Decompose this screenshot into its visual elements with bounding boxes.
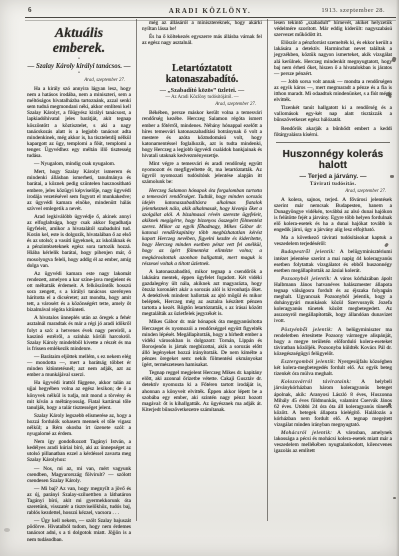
- paragraph: Tizenkét tanút hallgatott ki a rendőrség…: [274, 105, 392, 123]
- article-title: Huszonnégy kolerás halott: [274, 149, 392, 171]
- report-lead: Pozsonyból jelentik:: [281, 276, 331, 282]
- paragraph: Ma a következő távirati tudósításokat ka…: [274, 235, 392, 247]
- article-title: Aktuális emberek.: [27, 26, 131, 56]
- dialog-line: — Úgy kell nekem, — szólt Szalay bajuszá…: [27, 518, 131, 542]
- paragraph: még az állásáról a minisztereknek, hogy …: [142, 20, 262, 32]
- scan-smudge: [4, 528, 10, 532]
- page-number: 6: [28, 6, 32, 14]
- paragraph: Ha a király szó annyira lágyan lesz, hog…: [27, 86, 131, 159]
- report-paragraph: Herczeg Salamon hónapok óta forgalomban …: [142, 188, 262, 267]
- article-subtitle: — Terjed a járvány. —: [274, 173, 392, 180]
- article-title: Letartóztatott katonaszabadító.: [142, 63, 262, 85]
- paragraph: És ha ő költekezés egyszerre más állásba…: [142, 34, 262, 46]
- continuation-text: még az állásáról a minisztereknek, hogy …: [142, 20, 262, 46]
- dateline: Arad, szeptember 27.: [274, 189, 386, 194]
- article-byline: Távirati tudósítás.: [274, 181, 392, 187]
- article-credit: — Az Aradi Közlöny tudósítójától. —: [142, 95, 262, 100]
- paragraph: Tegnap reggel megjelent Herczeg Mikes dr…: [142, 370, 262, 413]
- article-body: Békében, persze máskor került volna a te…: [142, 110, 262, 413]
- paragraph: Arad legkiválóbb ügyvédje ő, akinek anny…: [27, 214, 131, 269]
- dialog-line: — Nyugalom, mindig csak nyugalom.: [27, 161, 131, 167]
- paragraph: lesen tekintő „szabadult” hírnevét, akik…: [274, 20, 392, 38]
- paragraph: Először a pénzforrást szemelték ki, és e…: [274, 40, 392, 77]
- article-body: Ha a király szó annyira lágyan lesz, hog…: [27, 86, 131, 543]
- newspaper-page: 6 ARADI KÖZLÖNY. 1913. szeptember 28. Ak…: [0, 0, 399, 556]
- page-header: 6 ARADI KÖZLÖNY. 1913. szeptember 28.: [25, 4, 395, 17]
- paragraph: Ha ügyvédi irattól függene, akkor talán …: [27, 380, 131, 410]
- city-report: Budapestről jelentik: A belügyminisztéri…: [274, 249, 392, 273]
- left-column: Aktuális emberek. • — Szalay Károly kirá…: [25, 20, 137, 556]
- paragraph: A kolera, sajnos, terjed. A fővárosi jel…: [274, 197, 392, 234]
- scan-speck: [383, 291, 385, 294]
- report-text: A helybeli járványkórházban három kolera…: [274, 379, 392, 428]
- dialog-line: — Mi baj? Az van, hogy megnyílt a jövő é…: [27, 486, 131, 516]
- city-report: Esztergomból jelentik: Nyergesújfalu köz…: [274, 359, 392, 377]
- paragraph: Mikes Gábor dr. már hónapok óta meggyanú…: [142, 319, 262, 368]
- continuation-text: lesen tekintő „szabadult” hírnevét, akik…: [274, 20, 392, 138]
- article-body: A kolera, sajnos, terjed. A fővárosi jel…: [274, 197, 392, 455]
- city-report: Pozsonyból jelentik: A város kórházában …: [274, 276, 392, 325]
- paragraph: A hivatalos ünneplés után az öregek a fe…: [27, 315, 131, 352]
- right-column: lesen tekintő „szabadult” hírnevét, akik…: [268, 20, 394, 556]
- paragraph: Szalay Károly legszebb elismerése az, ho…: [27, 413, 131, 437]
- article-subtitle: — Szalay Károly királyi tanácsos. —: [27, 63, 131, 70]
- columns: Aktuális emberek. • — Szalay Károly kirá…: [25, 20, 396, 556]
- section-rule: [276, 142, 390, 143]
- dialog-line: — Nos, mi az, mi van, mért vagyunk csend…: [27, 466, 131, 484]
- issue-date: 1913. szeptember 28.: [321, 7, 385, 14]
- dateline: Arad, szeptember 27.: [27, 78, 125, 83]
- paragraph: Az ügyvédi kamara este nagy lakomát rend…: [27, 271, 131, 314]
- scan-speck: [390, 175, 394, 178]
- dateline: Arad, szeptember 27.: [142, 102, 256, 107]
- paragraph: Mint végre a temesvári és aradi rendőrsé…: [142, 161, 262, 185]
- paragraph: Rendőrök akarják a bűnhődt embert a kedd…: [274, 126, 392, 138]
- dialog-line: — Barátaim eljöttek mellém, s ez nekem e…: [27, 354, 131, 378]
- paragraph: Nem így gondolkozott Tagányi István, a k…: [27, 439, 131, 463]
- ornament-dot: •: [27, 71, 131, 76]
- report-lead: Budapestről jelentik:: [281, 249, 335, 255]
- middle-column: még az állásáról a minisztereknek, hogy …: [137, 20, 268, 556]
- dialog-line: — Jobb sorsa volt annak — mondta a rendő…: [274, 79, 392, 103]
- masthead: ARADI KÖZLÖNY.: [130, 7, 290, 15]
- city-report: Pöstyénből jelentik: A belügyminiszter m…: [274, 327, 392, 357]
- city-report: Mohácsról jelentik: A városban, amelynek…: [274, 430, 392, 454]
- article-subtitle: — „Szabadító közös” üzletei. —: [142, 87, 262, 94]
- paragraph: Mert, hogy Szalay Károlyt ismerem és min…: [27, 169, 131, 212]
- city-report: Kolozsvárról távirataink: A helybeli jár…: [274, 379, 392, 428]
- ornament-dot: •: [27, 57, 131, 62]
- scan-speck: [388, 403, 391, 406]
- paragraph: Békében, persze máskor került volna a te…: [142, 110, 262, 159]
- report-text: A város kórházában ápolt Halbmann János …: [274, 276, 392, 325]
- paragraph: A katonaszabadító, mikor tegnap a csendő…: [142, 269, 262, 318]
- report-lead: Pöstyénből jelentik:: [281, 327, 333, 333]
